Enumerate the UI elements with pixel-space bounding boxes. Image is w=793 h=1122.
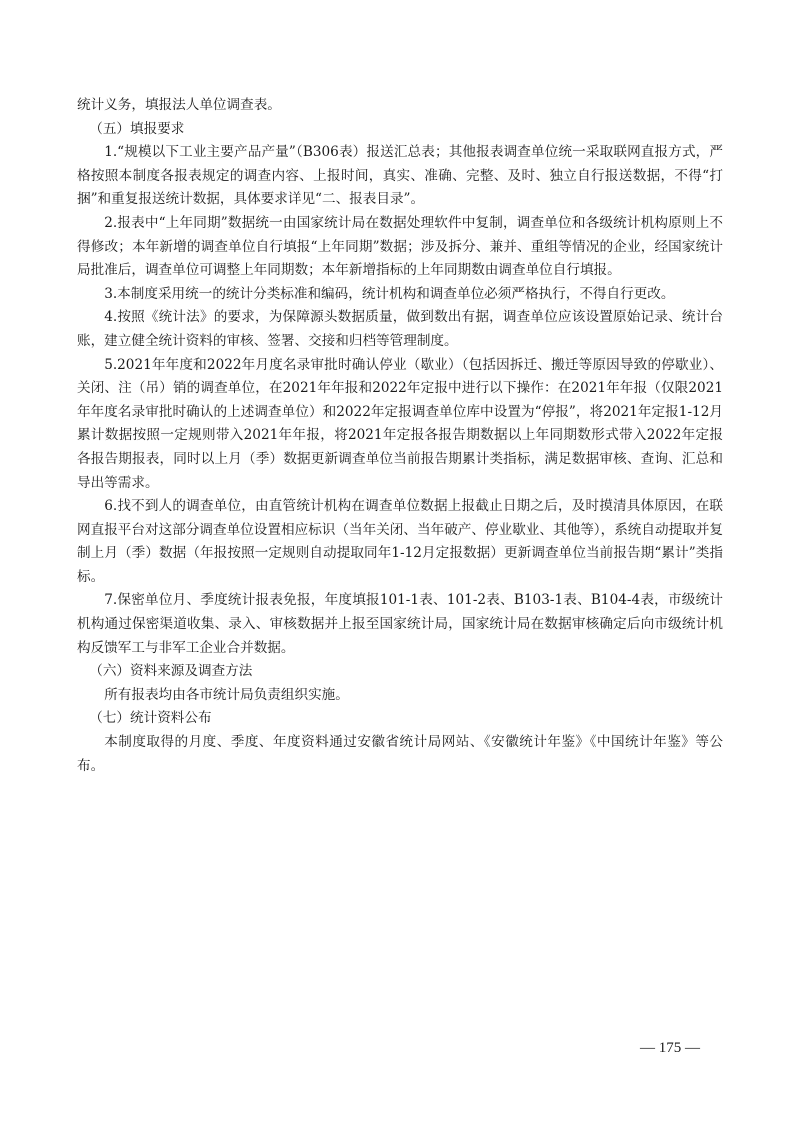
list-item-2: 2.报表中“上年同期”数据统一由国家统计局在数据处理软件中复制，调查单位和各级统… bbox=[77, 212, 723, 283]
paragraph-data-source: 所有报表均由各市统计局负责组织实施。 bbox=[77, 684, 723, 708]
list-item-7: 7.保密单位月、季度统计报表免报，年度填报101-1表、101-2表、B103-… bbox=[77, 589, 723, 660]
paragraph-publication: 本制度取得的月度、季度、年度资料通过安徽省统计局网站、《安徽统计年鉴》《中国统计… bbox=[77, 731, 723, 778]
list-item-1: 1.“规模以下工业主要产品产量”（B306表）报送汇总表；其他报表调查单位统一采… bbox=[77, 141, 723, 212]
section-heading-fill-requirements: （五）填报要求 bbox=[77, 118, 723, 142]
page-number: — 175 — bbox=[630, 1040, 710, 1057]
paragraph-continuation: 统计义务，填报法人单位调查表。 bbox=[77, 94, 723, 118]
section-heading-publication: （七）统计资料公布 bbox=[77, 707, 723, 731]
list-item-4: 4.按照《统计法》的要求，为保障源头数据质量，做到数出有据，调查单位应该设置原始… bbox=[77, 306, 723, 353]
section-heading-data-source: （六）资料来源及调查方法 bbox=[77, 660, 723, 684]
list-item-6: 6.找不到人的调查单位，由直管统计机构在调查单位数据上报截止日期之后，及时摸清具… bbox=[77, 495, 723, 589]
document-body: 统计义务，填报法人单位调查表。 （五）填报要求 1.“规模以下工业主要产品产量”… bbox=[77, 94, 723, 778]
list-item-5: 5.2021年年度和2022年月度名录审批时确认停业（歇业）（包括因拆迁、搬迁等… bbox=[77, 354, 723, 496]
list-item-3: 3.本制度采用统一的统计分类标准和编码，统计机构和调查单位必须严格执行，不得自行… bbox=[77, 283, 723, 307]
